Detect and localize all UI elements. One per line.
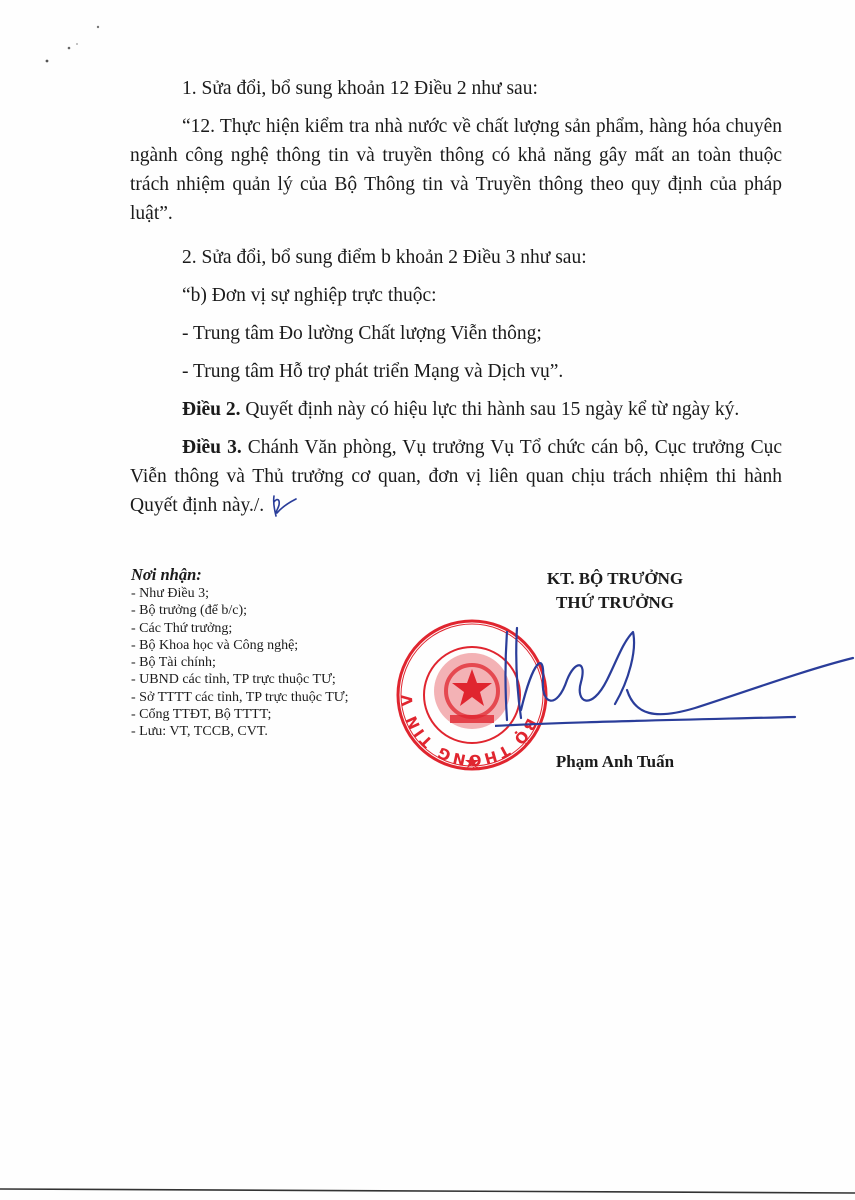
article-3: Điều 3. Chánh Văn phòng, Vụ trưởng Vụ Tổ… [130,433,782,520]
handwritten-signature [495,620,855,730]
scan-artifact [40,22,110,67]
recipients-block: Nơi nhận: - Như Điều 3; - Bộ trưởng (để … [131,565,411,741]
recipient-item: - Bộ Tài chính; [131,654,411,671]
unit-item: - Trung tâm Hỗ trợ phát triển Mạng và Dị… [130,357,782,386]
initials-mark-icon [268,493,298,519]
signature-title-block: KT. BỘ TRƯỞNG THỨ TRƯỞNG [470,567,760,615]
article-2-text: Quyết định này có hiệu lực thi hành sau … [241,399,740,420]
document-page: 1. Sửa đổi, bổ sung khoản 12 Điều 2 như … [0,0,855,1200]
recipient-item: - Lưu: VT, TCCB, CVT. [131,723,411,740]
article-2-label: Điều 2. [182,399,241,420]
amendment-2-heading: 2. Sửa đổi, bổ sung điểm b khoản 2 Điều … [130,243,782,272]
scan-edge-line [0,1186,855,1196]
article-2: Điều 2. Quyết định này có hiệu lực thi h… [130,395,782,424]
unit-item: - Trung tâm Đo lường Chất lượng Viễn thô… [130,319,782,348]
article-3-label: Điều 3. [182,437,242,458]
recipients-title: Nơi nhận: [131,565,411,585]
recipient-item: - Cổng TTĐT, Bộ TTTT; [131,706,411,723]
recipient-item: - Bộ Khoa học và Công nghệ; [131,637,411,654]
recipient-item: - Các Thứ trưởng; [131,620,411,637]
recipient-item: - Như Điều 3; [131,585,411,602]
amendment-1-heading: 1. Sửa đổi, bổ sung khoản 12 Điều 2 như … [130,74,782,103]
recipient-item: - Bộ trưởng (để b/c); [131,602,411,619]
signer-name: Phạm Anh Tuấn [470,752,760,772]
amendment-1-quote: “12. Thực hiện kiểm tra nhà nước về chất… [130,112,782,228]
recipient-item: - Sở TTTT các tỉnh, TP trực thuộc TƯ; [131,689,411,706]
signature-title-line1: KT. BỘ TRƯỞNG [470,567,760,591]
amendment-2-quote-intro: “b) Đơn vị sự nghiệp trực thuộc: [130,281,782,310]
recipient-item: - UBND các tỉnh, TP trực thuộc TƯ; [131,671,411,688]
signature-title-line2: THỨ TRƯỞNG [470,591,760,615]
